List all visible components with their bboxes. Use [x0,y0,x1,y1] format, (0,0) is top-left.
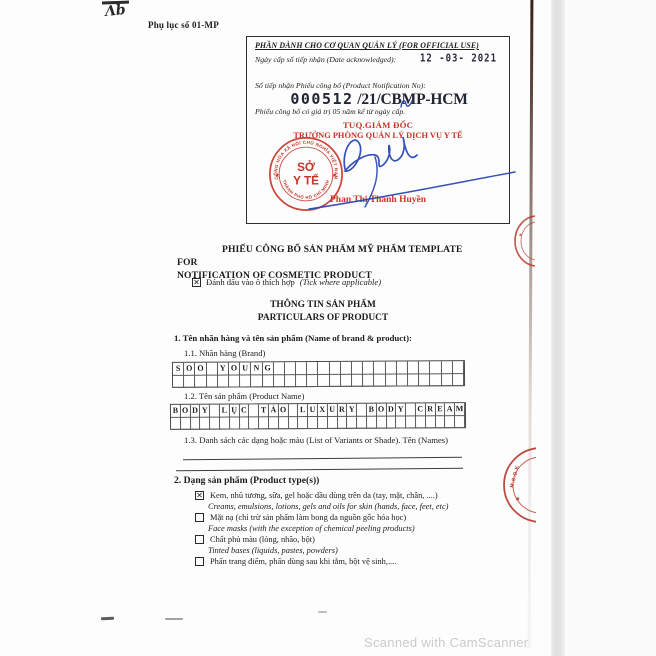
grid-cell [318,374,329,387]
info-heading-vi: THÔNG TIN SẢN PHẨM [178,299,468,312]
grid-cell [171,417,181,430]
grid-cell [218,375,229,388]
grid-cell [441,373,452,386]
grid-cell [455,415,465,428]
grid-cell [396,415,406,428]
scan-smudge [318,611,327,613]
grid-cell [200,417,210,430]
product-type-label-vi: Phấn trang điểm, phấn dùng sau khi tắm, … [210,556,396,567]
section1-heading: 1. Tên nhãn hàng và tên sản phẩm (Name o… [174,333,412,343]
date-acknowledged-label: Ngày cấp số tiếp nhận (Date acknowledged… [255,55,396,64]
grid-cell [220,417,230,430]
partial-stamp-text: M.S.D.K [509,465,521,489]
grid-cell [210,417,220,430]
product-name-label: 1.2. Tên sản phẩm (Product Name) [184,391,304,401]
grid-cell [259,416,269,429]
grid-cell [296,374,307,387]
partial-stamp-fragment-bottom: M.S.D.K ★ [496,444,536,526]
tick-note-text-en: (Tick where applicable) [300,277,381,287]
grid-cell [289,416,299,429]
grid-cell [195,375,206,388]
product-type-label-vi: Chất phủ màu (lỏng, nhão, bột) [210,534,315,545]
signature [275,117,523,227]
official-use-header: PHẦN DÀNH CHO CƠ QUAN QUẢN LÝ (FOR OFFIC… [255,41,503,50]
grid-cell [274,374,285,387]
grid-cell [430,373,441,386]
info-heading-en: PARTICULARS OF PRODUCT [178,312,468,325]
product-type-list: Kem, nhũ tương, sữa, gel hoặc dầu dùng t… [195,490,485,567]
grid-cell [387,416,397,429]
tick-note: Đánh dấu vào ô thích hợp (Tick where app… [192,277,381,287]
official-use-box: PHẦN DÀNH CHO CƠ QUAN QUẢN LÝ (FOR OFFIC… [246,36,510,224]
grid-cell [341,374,352,387]
scan-gutter-shadow [551,0,565,656]
scan-smudge [165,618,183,620]
grid-cell [357,416,367,429]
grid-cell [330,374,341,387]
product-type-checkbox [195,513,204,522]
grid-cell [279,416,289,429]
grid-cell [408,373,419,386]
grid-cell [263,374,274,387]
grid-cell [240,374,251,387]
date-stamp: 12 -03- 2021 [420,53,497,65]
grid-cell [416,415,426,428]
notification-number-stamp: 000512 [290,90,353,108]
grid-cell [419,373,430,386]
tick-note-checkbox [192,278,201,287]
grid-cell [445,415,455,428]
validity-note: Phiếu công bố có giá trị 05 năm kể từ ng… [255,107,503,116]
camscanner-watermark: Scanned with CamScanner [364,635,528,650]
handwritten-annotation: Λb [104,2,126,20]
paper-edge-shadow [528,0,533,648]
grid-cell [229,374,240,387]
grid-cell [184,375,195,388]
product-type-checkbox [195,535,204,544]
grid-cell [285,374,296,387]
partial-stamp-fragment-top: ★ [512,215,535,267]
grid-cell [347,416,357,429]
pen-tick-mark [399,95,415,111]
grid-cell [230,416,240,429]
grid-cell [436,415,446,428]
grid-cell [406,415,416,428]
product-type-item: Kem, nhũ tương, sữa, gel hoặc dầu dùng t… [195,490,485,512]
appendix-label: Phụ lục số 01-MP [148,20,219,30]
product-type-checkbox [195,491,204,500]
scan-smudge [101,617,114,620]
grid-cell [338,416,348,429]
variants-label: 1.3. Danh sách các dạng hoặc màu (List o… [184,435,448,445]
brand-label: 1.1. Nhãn hàng (Brand) [184,348,265,358]
product-name-letter-grid: BODYLỤCTẢOLUXURYBODYCREAM [170,402,466,430]
info-heading: THÔNG TIN SẢN PHẨM PARTICULARS OF PRODUC… [178,299,468,324]
section2-heading: 2. Dạng sản phẩm (Product type(s)) [174,475,319,486]
notification-number-label: Số tiếp nhận Phiếu công bố (Product Noti… [255,81,503,90]
grid-cell [298,416,308,429]
product-type-checkbox [195,557,204,566]
variants-blank-line-2 [176,468,463,472]
grid-cell [207,375,218,388]
product-type-label-vi: Kem, nhũ tương, sữa, gel hoặc dầu dùng t… [210,490,438,501]
product-type-label-vi: Mặt nạ (chỉ trừ sản phẩm làm bong da ngu… [210,512,406,523]
grid-cell [249,416,259,429]
grid-cell [307,374,318,387]
grid-cell [308,416,318,429]
grid-cell [453,373,464,386]
brand-letter-grid: SOOYOUNG [172,360,465,388]
grid-cell [426,415,436,428]
product-type-item: Mặt nạ (chỉ trừ sản phẩm làm bong da ngu… [195,512,485,534]
product-type-item: Phấn trang điểm, phấn dùng sau khi tắm, … [195,556,485,567]
scanned-document-page: Λb Phụ lục số 01-MP PHẦN DÀNH CHO CƠ QUA… [0,0,656,656]
grid-cell [328,416,338,429]
product-type-item: Chất phủ màu (lỏng, nhão, bột) Tinted ba… [195,534,485,556]
document-title-line1: PHIẾU CÔNG BỐ SẢN PHẨM MỸ PHẨM TEMPLATE … [177,244,462,268]
grid-cell [173,375,184,388]
scan-background [565,0,656,656]
grid-cell [397,373,408,386]
product-type-label-en: Tinted bases (liquids, pastes, powders) [208,545,485,556]
grid-cell [363,374,374,387]
grid-cell [386,374,397,387]
date-acknowledged-row: Ngày cấp số tiếp nhận (Date acknowledged… [255,55,503,64]
grid-cell [352,374,363,387]
grid-cell [181,417,191,430]
grid-cell [318,416,328,429]
grid-cell [374,374,385,387]
grid-cell [269,416,279,429]
variants-blank-line-1 [183,457,462,461]
tick-note-text: Đánh dấu vào ô thích hợp [206,277,295,287]
grid-cell [367,416,377,429]
official-use-content: PHẦN DÀNH CHO CƠ QUAN QUẢN LÝ (FOR OFFIC… [255,41,503,116]
grid-cell [191,417,201,430]
grid-cell [240,416,250,429]
grid-cell [377,416,387,429]
product-type-label-en: Creams, emulsions, lotions, gels and oil… [208,501,485,512]
grid-cell [251,374,262,387]
product-type-label-en: Face masks (with the exception of chemic… [208,523,485,534]
